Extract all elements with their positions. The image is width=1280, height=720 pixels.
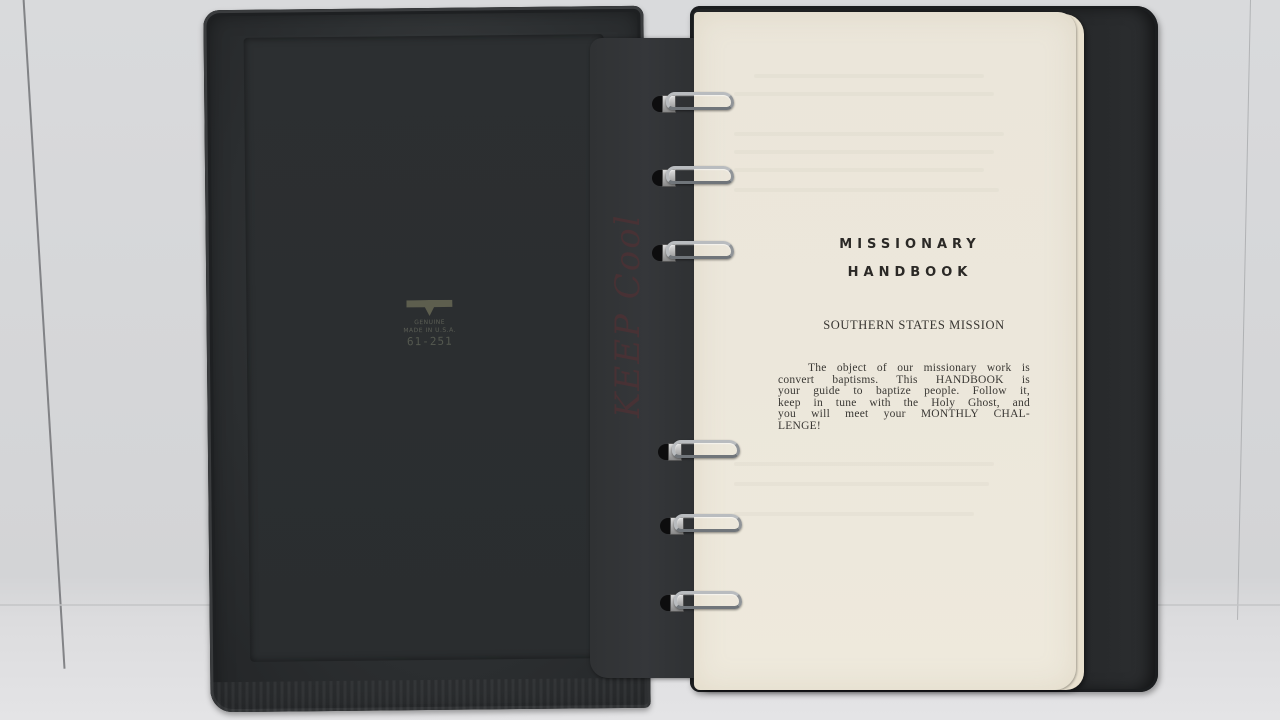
stamp-number: 61-251 [403, 335, 457, 349]
wall-seam-line [1237, 0, 1251, 620]
page-title-line-2: HANDBOOK [820, 265, 1000, 280]
binder-ring [660, 514, 742, 536]
ring-wire [666, 166, 734, 184]
binder-left-cover: GENUINE MADE IN U.S.A. 61-251 [203, 6, 650, 713]
maker-stamp: GENUINE MADE IN U.S.A. 61-251 [402, 300, 457, 371]
show-through-text [734, 132, 1004, 136]
binder-ring [660, 591, 742, 613]
page-subtitle: SOUTHERN STATES MISSION [794, 318, 1034, 333]
show-through-text [734, 482, 989, 486]
paragraph-line: your guide to baptize people. Follow it, [778, 386, 1030, 398]
paragraph-line: The object of our missionary work is [778, 363, 1030, 375]
intro-paragraph: The object of our missionary work is con… [778, 363, 1030, 432]
ring-wire [672, 440, 740, 458]
handwritten-note: KEEP Cool [608, 158, 648, 418]
maker-logo-icon [406, 300, 452, 316]
page-title-line-1: MISSIONARY [820, 237, 1000, 252]
binder-ring [652, 92, 734, 114]
show-through-text [734, 150, 994, 154]
show-through-text [734, 462, 994, 466]
binder-ring [658, 440, 740, 462]
paragraph-line: LENGE! [778, 421, 1030, 433]
wall-corner-line [22, 0, 66, 669]
ring-wire [666, 92, 734, 110]
paragraph-line: you will meet your MONTHLY CHAL- [778, 409, 1030, 421]
binder-ring [652, 241, 734, 263]
ring-wire [674, 591, 742, 609]
binder-ring [652, 166, 734, 188]
worn-edge [210, 678, 650, 713]
ring-wire [674, 514, 742, 532]
show-through-text [734, 188, 999, 192]
show-through-text [734, 168, 984, 172]
show-through-text [754, 74, 984, 78]
handbook-page[interactable]: MISSIONARY HANDBOOK SOUTHERN STATES MISS… [694, 12, 1076, 690]
show-through-text [734, 92, 994, 96]
show-through-text [734, 512, 974, 516]
ring-wire [666, 241, 734, 259]
divider-tab[interactable]: KEEP Cool [590, 38, 702, 678]
